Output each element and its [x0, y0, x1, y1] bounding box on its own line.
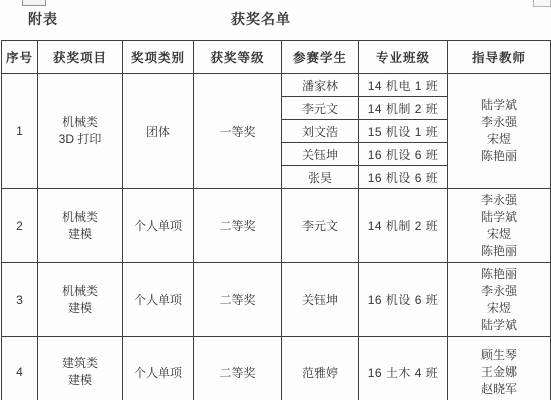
cell-class: 15 机设 1 班	[359, 120, 448, 143]
cell-no: 2	[2, 189, 38, 263]
awards-table: 序号 获奖项目 奖项类别 获奖等级 参赛学生 专业班级 指导教师 1 机械类 3…	[1, 40, 551, 400]
cell-student: 潘家林	[282, 74, 359, 97]
cell-class: 16 土木 4 班	[359, 337, 448, 400]
table-row: 1 机械类 3D 打印 团体 一等奖 潘家林 14 机电 1 班 陆学斌 李永强…	[2, 74, 551, 97]
cell-category: 团体	[123, 74, 194, 189]
cell-teachers: 陈艳丽 李永强 宋煜 陆学斌	[448, 263, 551, 337]
cell-student: 关钰坤	[282, 263, 359, 337]
document-page: { "page": { "corner_label": "附表", "title…	[0, 0, 551, 400]
table-row: 2 机械类 建模 个人单项 二等奖 李元文 14 机制 2 班 李永强 陆学斌 …	[2, 189, 551, 263]
cell-teachers: 顾生琴 王金娜 赵晓军	[448, 337, 551, 400]
cell-class: 16 机设 6 班	[359, 143, 448, 166]
column-header-project: 获奖项目	[38, 41, 123, 74]
table-row: 4 建筑类 建模 个人单项 二等奖 范雅婷 16 土木 4 班 顾生琴 王金娜 …	[2, 337, 551, 400]
cell-class: 16 机设 6 班	[359, 263, 448, 337]
cell-student: 关钰坤	[282, 143, 359, 166]
title-band: 附表 获奖名单	[0, 0, 551, 40]
cell-class: 14 机电 1 班	[359, 74, 448, 97]
cell-student: 刘文浩	[282, 120, 359, 143]
cell-student: 李元文	[282, 97, 359, 120]
cell-no: 1	[2, 74, 38, 189]
header-row: 序号 获奖项目 奖项类别 获奖等级 参赛学生 专业班级 指导教师	[2, 41, 551, 74]
page-title: 获奖名单	[231, 9, 291, 29]
cell-project: 机械类 3D 打印	[38, 74, 123, 189]
table-row: 3 机械类 建模 个人单项 二等奖 关钰坤 16 机设 6 班 陈艳丽 李永强 …	[2, 263, 551, 337]
cell-award: 一等奖	[194, 74, 282, 189]
column-header-award: 获奖等级	[194, 41, 282, 74]
cell-category: 个人单项	[123, 189, 194, 263]
cell-class: 14 机制 2 班	[359, 97, 448, 120]
cell-award: 二等奖	[194, 337, 282, 400]
cell-student: 张昊	[282, 166, 359, 189]
cell-teachers: 陆学斌 李永强 宋煜 陈艳丽	[448, 74, 551, 189]
column-header-student: 参赛学生	[282, 41, 359, 74]
cell-project: 机械类 建模	[38, 263, 123, 337]
cell-award: 二等奖	[194, 189, 282, 263]
cell-student: 李元文	[282, 189, 359, 263]
cell-teachers: 李永强 陆学斌 宋煜 陈艳丽	[448, 189, 551, 263]
cell-student: 范雅婷	[282, 337, 359, 400]
cell-class: 16 机设 6 班	[359, 166, 448, 189]
cell-category: 个人单项	[123, 263, 194, 337]
cell-no: 4	[2, 337, 38, 400]
column-header-category: 奖项类别	[123, 41, 194, 74]
cell-category: 个人单项	[123, 337, 194, 400]
column-header-no: 序号	[2, 41, 38, 74]
cell-project: 机械类 建模	[38, 189, 123, 263]
corner-label: 附表	[28, 9, 58, 29]
cell-no: 3	[2, 263, 38, 337]
cell-class: 14 机制 2 班	[359, 189, 448, 263]
cell-project: 建筑类 建模	[38, 337, 123, 400]
column-header-class: 专业班级	[359, 41, 448, 74]
cell-award: 二等奖	[194, 263, 282, 337]
column-header-teacher: 指导教师	[448, 41, 551, 74]
